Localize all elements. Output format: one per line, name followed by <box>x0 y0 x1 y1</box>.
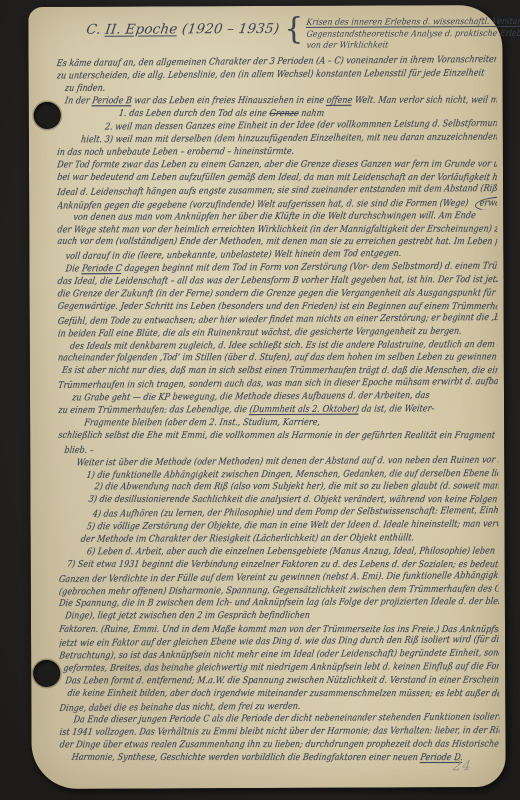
line-text: der Methode im Charakter der Riesigkeit … <box>80 532 415 546</box>
manuscript-line: Fragmente bleiben (aber dem 2. Inst., St… <box>58 416 498 430</box>
manuscript-line: zu finden. <box>57 81 497 96</box>
manuscript-line: Dinge), liegt jetzt zwischen den 2 im Ge… <box>59 610 499 624</box>
header-subtitle-line: Krisen des inneren Erlebens d. wissensch… <box>306 16 520 28</box>
manuscript-line: von denen aus man vom Anknüpfen her über… <box>57 210 497 225</box>
manuscript-line: 6) Leben d. Arbeit, aber auch die einzel… <box>59 545 499 559</box>
line-text: In der Periode B war das Leben ein freie… <box>64 94 497 108</box>
manuscript-line: 2) die Abwendung nach dem Riß (also vom … <box>58 481 498 495</box>
page-header: C. II. Epoche (1920 – 1935) { Krisen des… <box>60 14 496 52</box>
underlined-word: offene <box>326 94 353 105</box>
line-text: in das noch unbebaute Leben – erobernd –… <box>57 146 295 160</box>
manuscript-line: zu einem Trümmerhaufen: das Lebendige, d… <box>58 403 498 418</box>
manuscript-line: geformtes, Breites, das beinahe gleichwe… <box>59 661 499 676</box>
struck-word: Grenze <box>269 108 300 119</box>
header-subtitle-block: Krisen des inneren Erlebens d. wissensch… <box>306 16 520 51</box>
manuscript-line: der Dinge über etwas realen Zusammenhang… <box>60 739 500 753</box>
manuscript-line: Der Tod formte zwar das Leben zu einem G… <box>57 159 497 173</box>
line-text: 6) Leben d. Arbeit, aber auch die einzel… <box>86 545 499 559</box>
page-number: 24 <box>452 758 473 774</box>
line-text: der Wege steht man vor der heimlich erre… <box>57 223 497 237</box>
line-text: nacheinander folgenden ‚Tod‘ im Stillen … <box>58 352 498 366</box>
manuscript-line: In der Periode B war das Leben ein freie… <box>57 94 497 108</box>
line-text: 1. das Leben durch den Tod als eine Gren… <box>118 107 325 120</box>
underlined-word: Periode C <box>81 263 122 274</box>
punch-hole-bottom <box>33 660 60 687</box>
scan-background: C. II. Epoche (1920 – 1935) { Krisen des… <box>0 0 520 800</box>
manuscript-page: C. II. Epoche (1920 – 1935) { Krisen des… <box>28 5 505 789</box>
manuscript-line: Das Leben formt d. entfernend; M.a.W. di… <box>59 674 499 688</box>
header-title: C. II. Epoche (1920 – 1935) <box>85 21 280 38</box>
manuscript-line: nacheinander folgenden ‚Tod‘ im Stillen … <box>58 352 498 366</box>
header-subtitle-line: von der Wirklichkeit <box>306 39 520 51</box>
header-subtitle-line: Gegenstandstheoretische Analyse d. prakt… <box>306 28 520 40</box>
line-text: zu finden. <box>64 82 106 95</box>
line-text: Dinge), liegt jetzt zwischen den 2 im Ge… <box>64 610 311 623</box>
underlined-word: Periode B <box>91 95 132 106</box>
line-text: die Grenze der Zukunft (in der Ferne) so… <box>58 288 498 302</box>
line-text: von denen aus man vom Anknüpfen her über… <box>72 210 476 225</box>
line-text: Das Leben formt d. entfernend; M.a.W. di… <box>64 674 499 688</box>
line-text: zu einem Trümmerhaufen: das Lebendige, d… <box>58 403 435 418</box>
underlined-word: II. Epoche <box>104 21 178 37</box>
manuscript-line: der Wege steht man vor der heimlich erre… <box>57 223 497 237</box>
manuscript-line: Harmonie, Synthese, Geschichte werden vo… <box>60 752 500 765</box>
manuscript-line: die Grenze der Zukunft (in der Ferne) so… <box>58 288 498 302</box>
line-text: blieb. – <box>63 444 94 457</box>
line-text: 2) die Abwendung nach dem Riß (also vom … <box>94 481 499 495</box>
underlined-word: (Dummheit als 2. Oktober) <box>249 404 360 415</box>
line-text: Harmonie, Synthese, Geschichte werden vo… <box>71 752 464 765</box>
underlined-word: Krisen des inneren Erlebens d. wissensch… <box>306 17 520 28</box>
manuscript-body: Es käme darauf an, den allgemeinen Chara… <box>57 55 500 765</box>
line-text: Der Tod formte zwar das Leben zu einem G… <box>57 159 497 173</box>
manuscript-line: der Methode im Charakter der Riesigkeit … <box>59 532 499 547</box>
line-text: der Dinge über etwas realen Zusammenhang… <box>60 739 500 753</box>
brace-glyph: { <box>284 15 303 45</box>
line-text: geformtes, Breites, das beinahe gleichwe… <box>62 661 499 676</box>
line-text: Fragmente bleiben (aber dem 2. Inst., St… <box>83 417 320 430</box>
